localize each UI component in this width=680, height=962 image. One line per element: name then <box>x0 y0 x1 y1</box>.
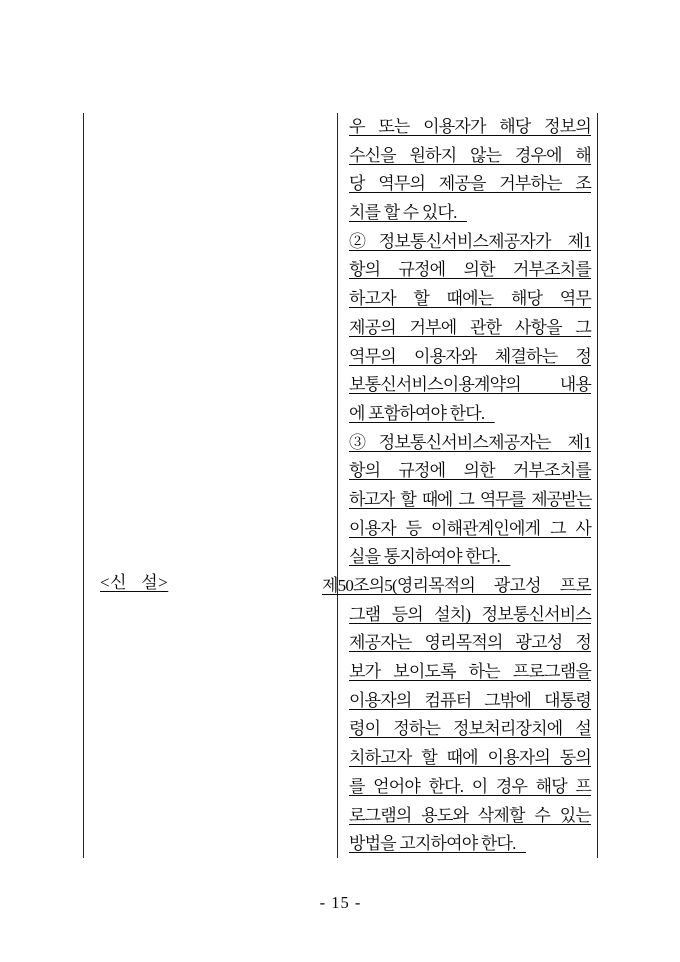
provision-line: 보통신서비스이용계약의 내용 <box>349 371 591 400</box>
provision-line: 에 포함하여야 한다. <box>349 400 591 429</box>
provision-line-text: 령이 정하는 정보처리장치에 설 <box>349 719 591 738</box>
provision-line-text: 실을 통지하여야 한다. <box>349 547 510 566</box>
provision-line: 령이 정하는 정보처리장치에 설 <box>349 715 591 744</box>
provision-line: 보가 보이도록 하는 프로그램을 <box>349 658 591 687</box>
provision-line: 수신을 원하지 않는 경우에 해 <box>349 142 591 171</box>
provision-line: ③정보통신서비스제공자는 제1 <box>349 429 591 458</box>
provision-line-text: 우 또는 이용자가 해당 정보의 <box>349 117 591 136</box>
provision-line: 치를 할 수 있다. <box>349 199 591 228</box>
provision-line: 우 또는 이용자가 해당 정보의 <box>349 113 591 142</box>
provision-line: 하고자 할 때에 그 역무를 제공받는 <box>349 486 591 515</box>
provision-line-text: ②정보통신서비스제공자가 제1 <box>349 232 591 251</box>
provision-line-text: 제공의 거부에 관한 사항을 그 <box>349 318 591 337</box>
provision-line: 제공의 거부에 관한 사항을 그 <box>349 314 591 343</box>
provision-line-text: 수신을 원하지 않는 경우에 해 <box>349 146 591 165</box>
provision-line: 그램 등의 설치) 정보통신서비스 <box>349 601 591 630</box>
table-cell-amendment: 우 또는 이용자가 해당 정보의수신을 원하지 않는 경우에 해당 역무의 제공… <box>338 113 597 858</box>
provision-line-text: 에 포함하여야 한다. <box>349 404 495 423</box>
comparison-table: <신 설> 우 또는 이용자가 해당 정보의수신을 원하지 않는 경우에 해당 … <box>83 113 598 858</box>
page-number: - 15 - <box>83 893 598 913</box>
provision-text: 우 또는 이용자가 해당 정보의수신을 원하지 않는 경우에 해당 역무의 제공… <box>349 113 591 859</box>
provision-line-text: 역무의 이용자와 체결하는 정 <box>349 347 591 366</box>
provision-line-text: ③정보통신서비스제공자는 제1 <box>349 433 591 452</box>
provision-line-text: 로그램의 용도와 삭제할 수 있는 <box>349 806 591 825</box>
provision-line: 항의 규정에 의한 거부조치를 <box>349 457 591 486</box>
provision-line-text: 항의 규정에 의한 거부조치를 <box>349 260 591 279</box>
provision-line: 이용자의 컴퓨터 그밖에 대통령 <box>349 687 591 716</box>
provision-line: 제50조의5(영리목적의 광고성 프로 <box>322 572 591 601</box>
provision-line-text: 제공자는 영리목적의 광고성 정 <box>349 633 591 652</box>
provision-line-text: 치하고자 할 때에 이용자의 동의 <box>349 748 591 767</box>
provision-line-text: 당 역무의 제공을 거부하는 조 <box>349 174 591 193</box>
provision-line: 항의 규정에 의한 거부조치를 <box>349 256 591 285</box>
provision-line: 실을 통지하여야 한다. <box>349 543 591 572</box>
provision-line-text: 제50조의5(영리목적의 광고성 프로 <box>322 576 591 595</box>
provision-line-text: 이용자의 컴퓨터 그밖에 대통령 <box>349 691 591 710</box>
provision-line-text: 방법을 고지하여야 한다. <box>349 834 526 853</box>
provision-line: 제공자는 영리목적의 광고성 정 <box>349 629 591 658</box>
provision-line: 를 얻어야 한다. 이 경우 해당 프 <box>349 773 591 802</box>
provision-line-text: 하고자 할 때에는 해당 역무 <box>349 289 591 308</box>
provision-line-text: 보통신서비스이용계약의 내용 <box>349 375 591 394</box>
provision-line-text: 항의 규정에 의한 거부조치를 <box>349 461 591 480</box>
provision-line: 치하고자 할 때에 이용자의 동의 <box>349 744 591 773</box>
provision-line: 로그램의 용도와 삭제할 수 있는 <box>349 802 591 831</box>
new-provision-marker: <신 설> <box>100 572 168 594</box>
provision-line-text: 하고자 할 때에 그 역무를 제공받는 <box>349 490 591 509</box>
provision-line-text: 보가 보이도록 하는 프로그램을 <box>349 662 591 681</box>
provision-line-text: 이용자 등 이해관계인에게 그 사 <box>349 519 591 538</box>
provision-line: ②정보통신서비스제공자가 제1 <box>349 228 591 257</box>
provision-line: 하고자 할 때에는 해당 역무 <box>349 285 591 314</box>
provision-line-text: 를 얻어야 한다. 이 경우 해당 프 <box>349 777 591 796</box>
table-cell-current-law: <신 설> <box>84 113 338 858</box>
provision-line: 당 역무의 제공을 거부하는 조 <box>349 170 591 199</box>
provision-line-text: 치를 할 수 있다. <box>349 203 467 222</box>
provision-line: 이용자 등 이해관계인에게 그 사 <box>349 515 591 544</box>
provision-line-text: 그램 등의 설치) 정보통신서비스 <box>349 605 591 624</box>
provision-line: 방법을 고지하여야 한다. <box>349 830 591 859</box>
document-page: <신 설> 우 또는 이용자가 해당 정보의수신을 원하지 않는 경우에 해당 … <box>0 0 680 962</box>
provision-line: 역무의 이용자와 체결하는 정 <box>349 343 591 372</box>
